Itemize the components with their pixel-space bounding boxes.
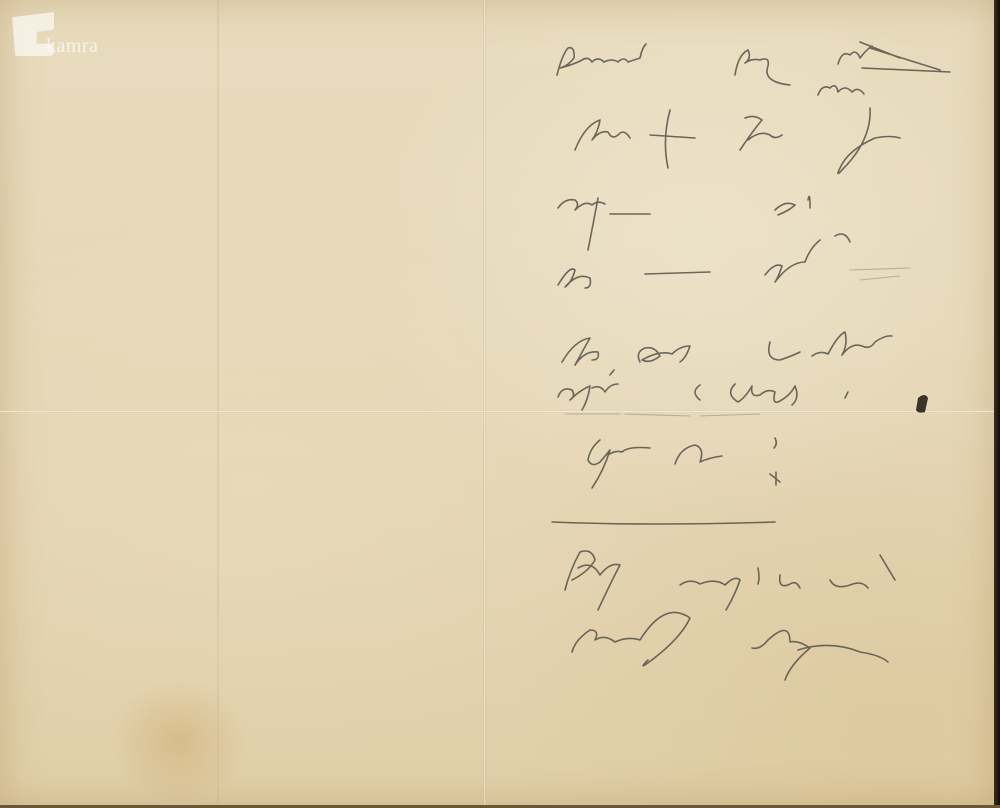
handwriting-strokes — [0, 0, 1000, 808]
scan-edge-right — [994, 0, 1000, 808]
document-page: kamra — [0, 0, 996, 806]
